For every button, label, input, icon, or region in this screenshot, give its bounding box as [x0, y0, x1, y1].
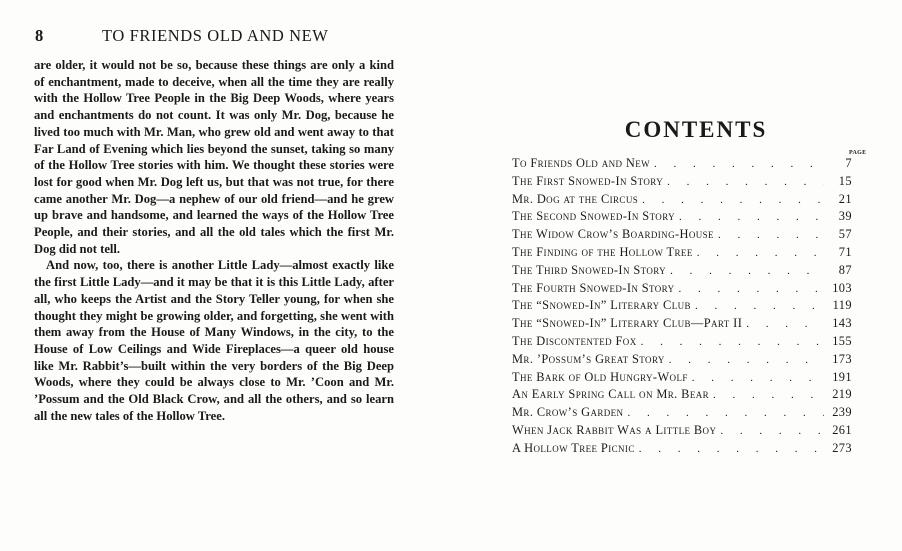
dot-leader: [742, 318, 824, 330]
toc-entry[interactable]: Mr. Dog at the Circus21: [512, 192, 852, 210]
dot-leader: [663, 176, 824, 188]
toc-page: 155: [824, 334, 852, 349]
body-text: are older, it would not be so, because t…: [34, 57, 394, 424]
running-head-title: TO FRIENDS OLD AND NEW: [102, 26, 328, 46]
left-page: 8 TO FRIENDS OLD AND NEW are older, it w…: [0, 0, 450, 551]
contents-heading: CONTENTS: [450, 117, 902, 143]
dot-leader: [709, 389, 824, 401]
dot-leader: [623, 407, 824, 419]
toc-page: 15: [824, 174, 852, 189]
dot-leader: [638, 194, 824, 206]
toc-entry[interactable]: The “Snowed-In” Literary Club—Part II143: [512, 316, 852, 334]
dot-leader: [666, 265, 824, 277]
toc-page: 143: [824, 316, 852, 331]
toc-title: To Friends Old and New: [512, 156, 650, 171]
paragraph: And now, too, there is another Little La…: [34, 257, 394, 424]
toc-entry[interactable]: The Bark of Old Hungry-Wolf191: [512, 370, 852, 388]
dot-leader: [688, 372, 824, 384]
toc-title: The First Snowed-In Story: [512, 174, 663, 189]
right-page: CONTENTS PAGE To Friends Old and New7 Th…: [450, 0, 902, 551]
toc-entry[interactable]: Mr. ’Possum’s Great Story173: [512, 352, 852, 370]
dot-leader: [650, 158, 824, 170]
toc-title: The “Snowed-In” Literary Club: [512, 298, 691, 313]
toc-page: 39: [824, 209, 852, 224]
dot-leader: [693, 247, 824, 259]
toc-page: 21: [824, 192, 852, 207]
toc-title: Mr. Dog at the Circus: [512, 192, 638, 207]
toc-page: 239: [824, 405, 852, 420]
toc-entry[interactable]: The Fourth Snowed-In Story103: [512, 281, 852, 299]
toc-title: The Discontented Fox: [512, 334, 637, 349]
paragraph: are older, it would not be so, because t…: [34, 57, 394, 257]
toc-page: 119: [824, 298, 852, 313]
toc-entry[interactable]: An Early Spring Call on Mr. Bear219: [512, 387, 852, 405]
toc-title: When Jack Rabbit Was a Little Boy: [512, 423, 716, 438]
toc-page: 273: [824, 441, 852, 456]
toc-title: The Third Snowed-In Story: [512, 263, 666, 278]
toc-entry[interactable]: The First Snowed-In Story15: [512, 174, 852, 192]
toc-entry[interactable]: A Hollow Tree Picnic273: [512, 441, 852, 459]
dot-leader: [675, 211, 824, 223]
dot-leader: [674, 283, 824, 295]
toc-title: The Widow Crow’s Boarding-House: [512, 227, 714, 242]
toc-title: Mr. Crow’s Garden: [512, 405, 623, 420]
toc-title: The Fourth Snowed-In Story: [512, 281, 674, 296]
toc-page: 261: [824, 423, 852, 438]
toc-page: 71: [824, 245, 852, 260]
toc-title: The Finding of the Hollow Tree: [512, 245, 693, 260]
dot-leader: [637, 336, 824, 348]
toc-entry[interactable]: The Second Snowed-In Story39: [512, 209, 852, 227]
toc-title: The Second Snowed-In Story: [512, 209, 675, 224]
toc-page: 87: [824, 263, 852, 278]
toc-entry[interactable]: The Finding of the Hollow Tree71: [512, 245, 852, 263]
toc-title: A Hollow Tree Picnic: [512, 441, 635, 456]
page-number: 8: [35, 26, 44, 46]
dot-leader: [635, 443, 824, 455]
dot-leader: [691, 300, 824, 312]
toc-entry[interactable]: When Jack Rabbit Was a Little Boy261: [512, 423, 852, 441]
toc-page: 219: [824, 387, 852, 402]
toc-page: 191: [824, 370, 852, 385]
toc-title: An Early Spring Call on Mr. Bear: [512, 387, 709, 402]
table-of-contents: To Friends Old and New7 The First Snowed…: [512, 156, 852, 459]
toc-page: 103: [824, 281, 852, 296]
toc-title: The “Snowed-In” Literary Club—Part II: [512, 316, 742, 331]
dot-leader: [665, 354, 824, 366]
toc-title: Mr. ’Possum’s Great Story: [512, 352, 665, 367]
toc-entry[interactable]: The “Snowed-In” Literary Club119: [512, 298, 852, 316]
toc-title: The Bark of Old Hungry-Wolf: [512, 370, 688, 385]
toc-entry[interactable]: The Discontented Fox155: [512, 334, 852, 352]
toc-entry[interactable]: Mr. Crow’s Garden239: [512, 405, 852, 423]
toc-entry[interactable]: The Widow Crow’s Boarding-House57: [512, 227, 852, 245]
toc-entry[interactable]: To Friends Old and New7: [512, 156, 852, 174]
toc-page: 173: [824, 352, 852, 367]
toc-entry[interactable]: The Third Snowed-In Story87: [512, 263, 852, 281]
dot-leader: [714, 229, 824, 241]
toc-page: 7: [824, 156, 852, 171]
dot-leader: [716, 425, 824, 437]
toc-page: 57: [824, 227, 852, 242]
